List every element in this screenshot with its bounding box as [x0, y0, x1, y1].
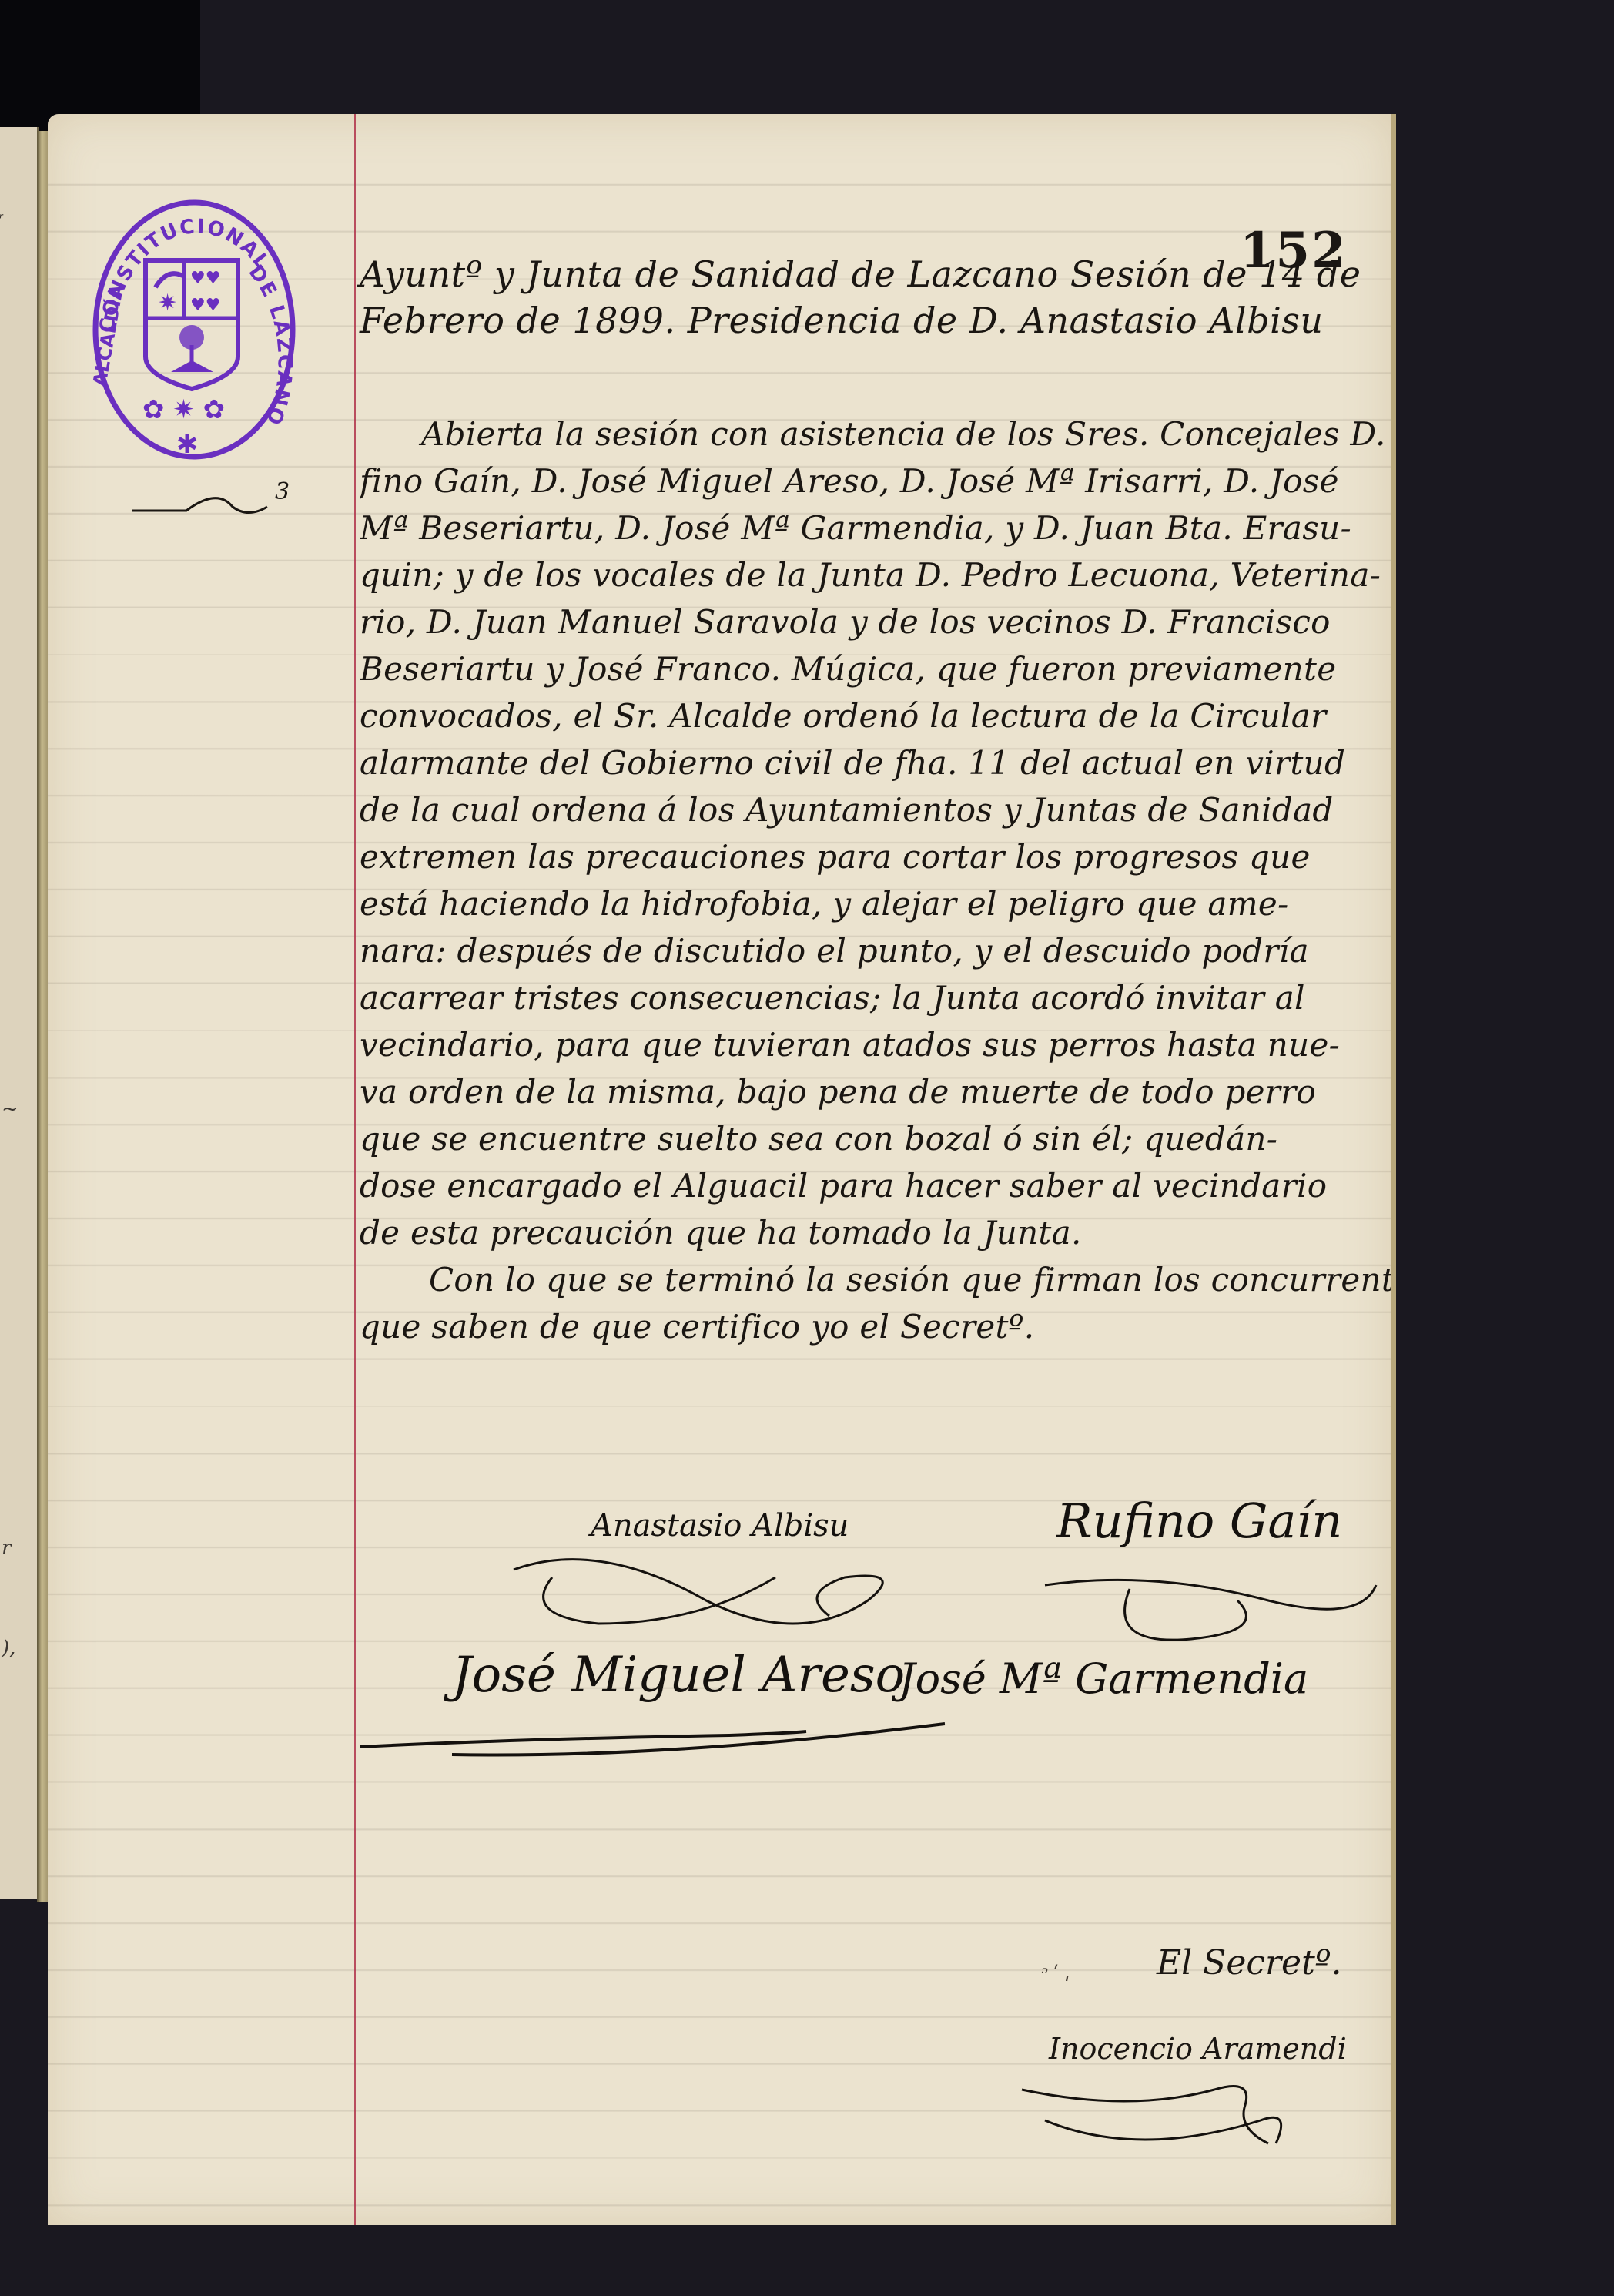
- signature-underline-icon: [360, 1716, 991, 1770]
- signature-garmendia: José Mª Garmendia: [899, 1654, 1308, 1703]
- minutes-heading-line-2: Febrero de 1899. Presidencia de D. Anast…: [360, 297, 1384, 344]
- svg-text:✱: ✱: [176, 429, 199, 460]
- closing-line: Con lo que se terminó la sesión que firm…: [360, 1256, 1391, 1303]
- scan-background: [0, 0, 200, 131]
- body-line: de la cual ordena á los Ayuntamientos y …: [360, 786, 1391, 833]
- svg-text:3: 3: [275, 478, 290, 505]
- svg-text:✷: ✷: [158, 290, 177, 317]
- minutes-heading-line-1: Ayuntº y Junta de Sanidad de Lazcano Ses…: [360, 251, 1384, 297]
- body-line: dose encargado el Alguacil para hacer sa…: [360, 1162, 1391, 1209]
- body-line: nara: después de discutido el punto, y e…: [360, 927, 1391, 974]
- svg-text:♥♥: ♥♥: [190, 269, 220, 288]
- signature-block: Anastasio Albisu Rufino Gaín José Miguel…: [360, 1462, 1391, 1770]
- prev-page-mark: ~: [2, 1098, 18, 1121]
- secretary-flourish-icon: [1014, 2074, 1307, 2174]
- prev-page-mark: r: [2, 1537, 11, 1560]
- signature-flourish-icon: [506, 1547, 906, 1639]
- body-line: fino Gaín, D. José Miguel Areso, D. José…: [360, 458, 1391, 504]
- stray-ink-marks: ᵓ ʹ ˌ: [1041, 1962, 1070, 1984]
- secretary-title: El Secretº.: [1157, 1943, 1341, 1983]
- signature-flourish-icon: [1037, 1554, 1391, 1654]
- body-line: acarrear tristes consecuencias; la Junta…: [360, 974, 1391, 1021]
- body-line: Abierta la sesión con asistencia de los …: [360, 411, 1391, 458]
- body-line: va orden de la misma, bajo pena de muert…: [360, 1068, 1391, 1115]
- body-line: extremen las precauciones para cortar lo…: [360, 833, 1391, 880]
- minutes-body: Abierta la sesión con asistencia de los …: [360, 411, 1391, 1350]
- red-margin-rule: [354, 114, 356, 2225]
- manuscript-page: 152 CONSTITUCIONAL DE LAZCANO ALCALDÍA ✷…: [48, 114, 1396, 2225]
- body-line: convocados, el Sr. Alcalde ordenó la lec…: [360, 692, 1391, 739]
- svg-text:♥♥: ♥♥: [190, 296, 220, 315]
- body-line: rio, D. Juan Manuel Saravola y de los ve…: [360, 598, 1391, 645]
- body-line: alarmante del Gobierno civil de fha. 11 …: [360, 739, 1391, 786]
- body-line: vecindario, para que tuvieran atados sus…: [360, 1021, 1391, 1068]
- stamp-seal-icon: CONSTITUCIONAL DE LAZCANO ALCALDÍA ✷ ♥♥ …: [82, 187, 306, 464]
- body-line: que se encuentre suelto sea con bozal ó …: [360, 1115, 1391, 1162]
- signature-areso: José Miguel Areso: [452, 1647, 905, 1704]
- previous-page-edge: ᷊ ~ r ),: [0, 127, 39, 1899]
- prev-page-mark: ),: [2, 1637, 15, 1660]
- body-line: Beseriartu y José Franco. Múgica, que fu…: [360, 645, 1391, 692]
- body-line: está haciendo la hidrofobia, y alejar el…: [360, 880, 1391, 927]
- body-line: de esta precaución que ha tomado la Junt…: [360, 1209, 1391, 1256]
- municipal-stamp: CONSTITUCIONAL DE LAZCANO ALCALDÍA ✷ ♥♥ …: [82, 187, 306, 464]
- signature-gain: Rufino Gaín: [1056, 1493, 1342, 1549]
- margin-pen-mark: 3: [132, 476, 317, 522]
- closing-line: que saben de que certifico yo el Secretº…: [360, 1303, 1391, 1350]
- svg-text:✿ ✷ ✿: ✿ ✷ ✿: [142, 394, 225, 425]
- signature-albisu: Anastasio Albisu: [591, 1508, 849, 1544]
- body-line: quin; y de los vocales de la Junta D. Pe…: [360, 551, 1391, 598]
- body-line: Mª Beseriartu, D. José Mª Garmendia, y D…: [360, 504, 1391, 551]
- secretary-signature: Inocencio Aramendi: [1049, 2032, 1347, 2066]
